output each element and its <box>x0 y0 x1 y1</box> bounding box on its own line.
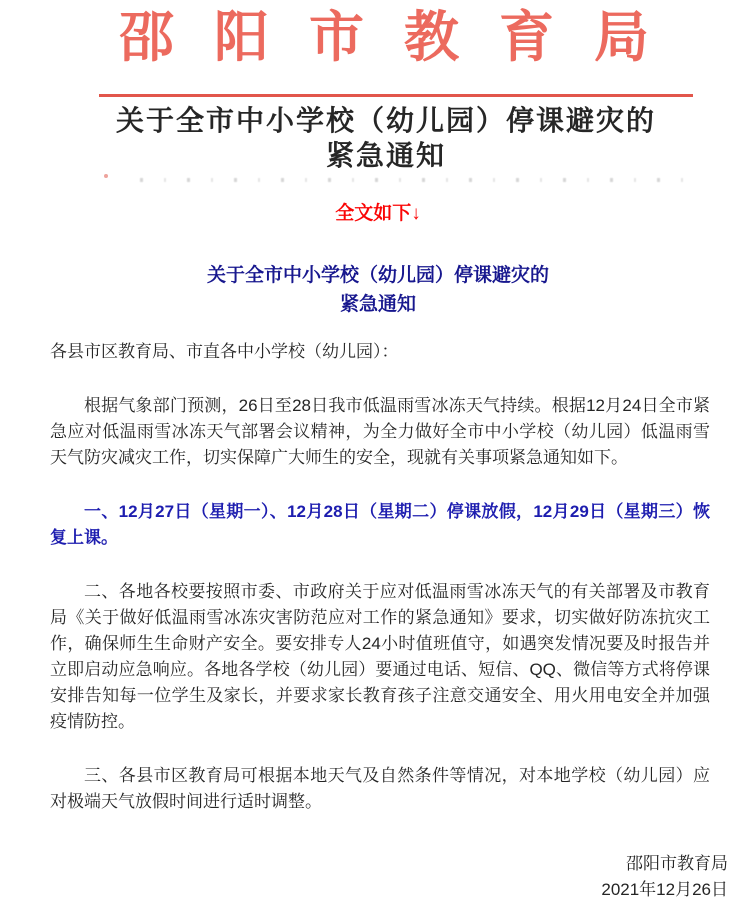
scan-speck <box>104 174 108 178</box>
notice-title: 关于全市中小学校（幼儿园）停课避灾的 紧急通知 <box>0 261 756 319</box>
agency-letterhead-name: 邵阳市教育局 <box>0 8 756 68</box>
full-text-lead-label: 全文如下↓ <box>0 203 756 225</box>
paragraph-suspension-dates: 一、12月27日（星期一）、12月28日（星期二）停课放假，12月29日（星期三… <box>50 499 710 551</box>
notice-body: 各县市区教育局、市直各中小学校（幼儿园）： 根据气象部门预测，26日至28日我市… <box>50 339 710 903</box>
notice-page: 邵阳市教育局 关于全市中小学校（幼儿园）停课避灾的 紧急通知 全文如下↓ 关于全… <box>0 8 756 910</box>
scanned-title-line-1: 关于全市中小学校（幼儿园）停课避灾的 <box>16 104 756 139</box>
signature-date: 2021年12月26日 <box>50 877 728 903</box>
scanned-letterhead: 邵阳市教育局 关于全市中小学校（幼儿园）停课避灾的 紧急通知 <box>0 8 756 182</box>
faded-scan-artifact <box>140 178 700 182</box>
signature-block: 邵阳市教育局 2021年12月26日 <box>50 851 728 903</box>
paragraph-weather-basis: 根据气象部门预测，26日至28日我市低温雨雪冰冻天气持续。根据12月24日全市紧… <box>50 393 710 471</box>
paragraph-safety-measures: 二、各地各校要按照市委、市政府关于应对低温雨雪冰冻天气的有关部署及市教育局《关于… <box>50 579 710 735</box>
salutation: 各县市区教育局、市直各中小学校（幼儿园）： <box>50 339 710 365</box>
paragraph-local-adjustment: 三、各县市区教育局可根据本地天气及自然条件等情况，对本地学校（幼儿园）应对极端天… <box>50 763 710 815</box>
scanned-document-title: 关于全市中小学校（幼儿园）停课避灾的 紧急通知 <box>0 104 756 174</box>
notice-title-line-2: 紧急通知 <box>0 290 756 319</box>
scanned-title-line-2: 紧急通知 <box>16 139 756 174</box>
red-divider-line <box>99 94 693 97</box>
signature-agency: 邵阳市教育局 <box>50 851 728 877</box>
notice-title-line-1: 关于全市中小学校（幼儿园）停课避灾的 <box>0 261 756 290</box>
